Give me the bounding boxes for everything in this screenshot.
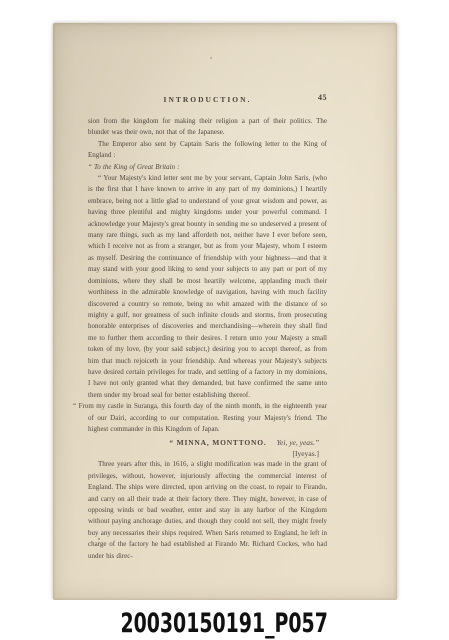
signature-block: “ MINNA, MONTTONO.Yei, ye, yeas.” [Iyeya… <box>88 437 327 459</box>
page-speck <box>98 538 100 540</box>
signature-line: “ MINNA, MONTTONO.Yei, ye, yeas.” <box>88 437 319 448</box>
catalog-label-strip: 20030150191_P057 <box>0 600 449 640</box>
running-header: INTRODUCTION. <box>164 95 252 104</box>
page-header-row: INTRODUCTION. 45 <box>88 93 327 103</box>
paragraph-continuation: sion from the kingdom for making their r… <box>88 116 327 139</box>
signature-transliteration: Yei, ye, yeas.” <box>277 438 319 447</box>
paragraph-emperor-letter-intro: The Emperor also sent by Captain Saris t… <box>88 139 327 162</box>
paragraph-final: Three years after this, in 1616, a sligh… <box>88 459 327 562</box>
page-speck <box>210 57 212 59</box>
signature-name: “ MINNA, MONTTONO. <box>169 438 266 447</box>
signature-attribution: [Iyeyas.] <box>88 448 319 459</box>
book-page: INTRODUCTION. 45 sion from the kingdom f… <box>53 23 397 600</box>
letter-closing-paragraph: “ From my castle in Suranga, this fourth… <box>88 401 327 435</box>
page-number: 45 <box>318 93 327 103</box>
letter-salutation: “ To the King of Great Britain : <box>88 162 327 173</box>
scanned-document-photo: INTRODUCTION. 45 sion from the kingdom f… <box>0 0 449 640</box>
artifact-id-label: 20030150191_P057 <box>121 610 328 637</box>
letter-body-paragraph: “ Your Majesty's kind letter sent me by … <box>88 173 327 401</box>
